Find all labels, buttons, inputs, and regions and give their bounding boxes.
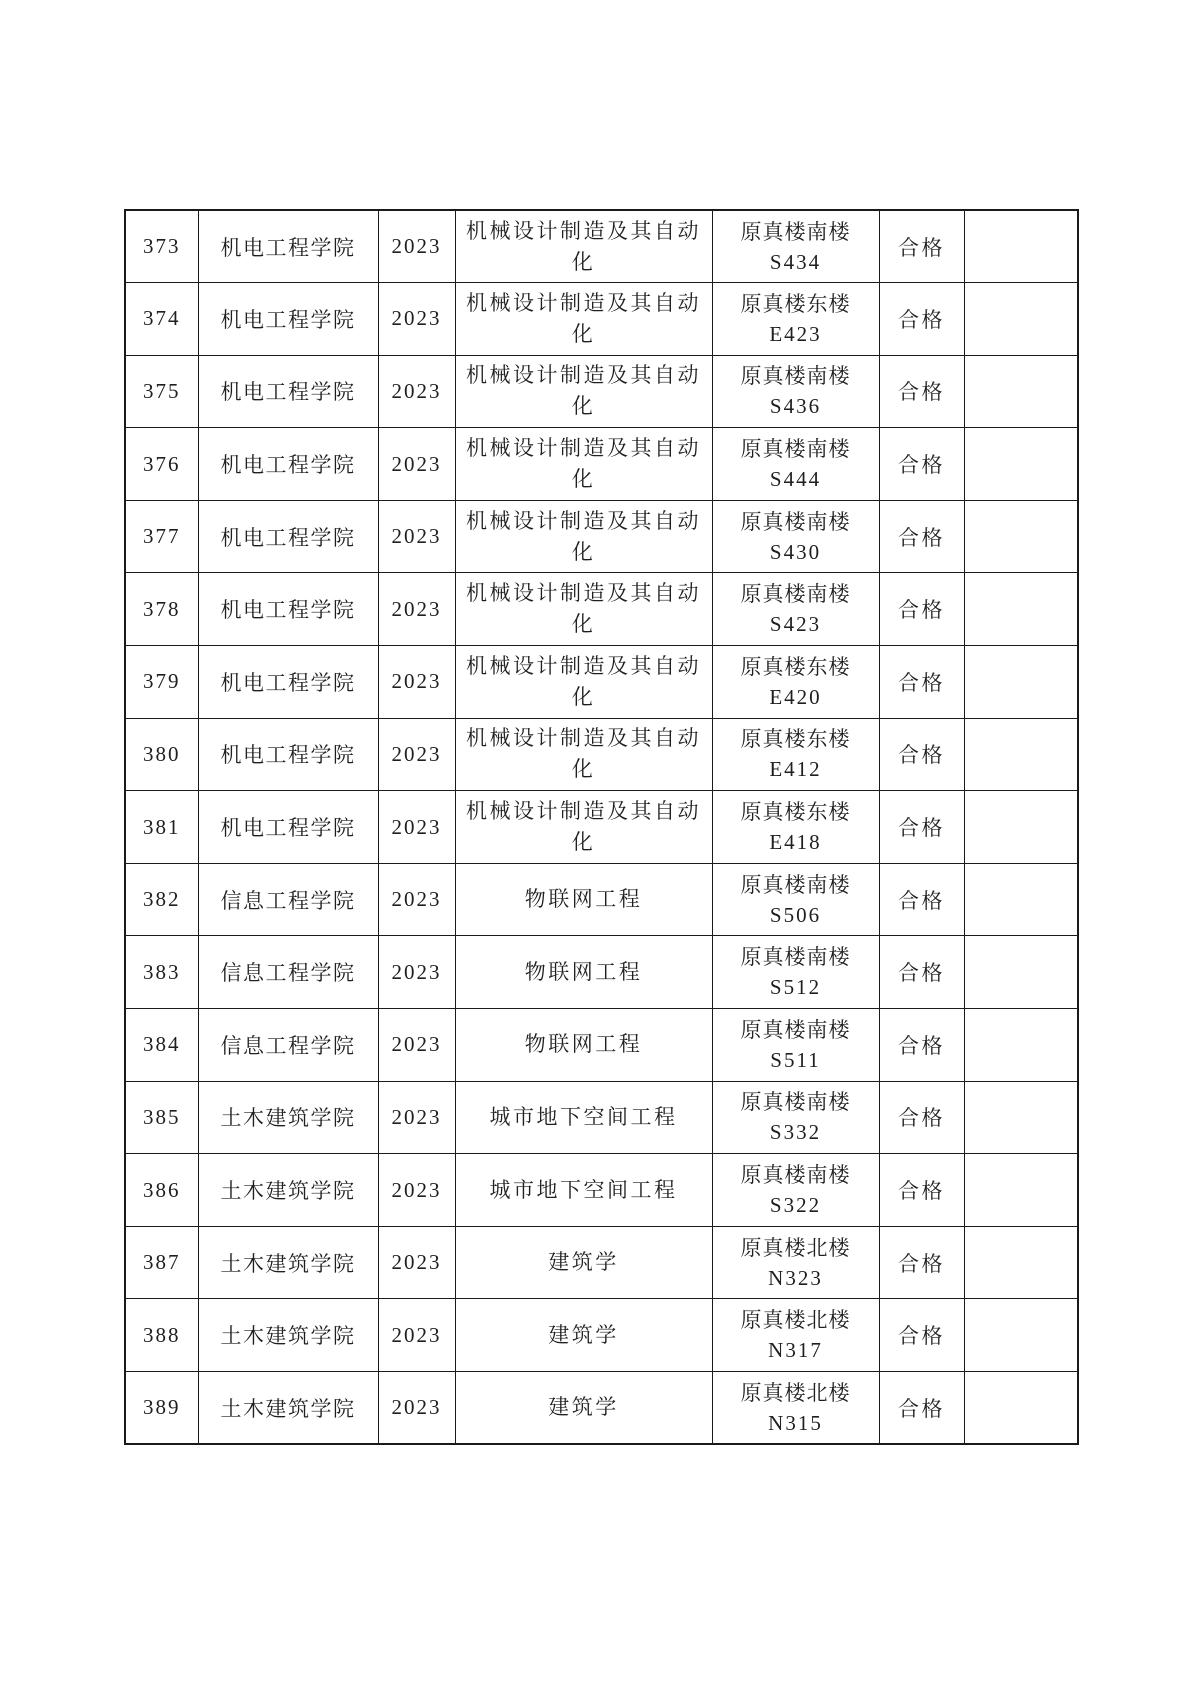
cell-result: 合格 xyxy=(879,210,964,283)
location-room: S436 xyxy=(713,391,879,421)
cell-college: 机电工程学院 xyxy=(198,355,378,428)
cell-year: 2023 xyxy=(378,500,455,573)
table-row: 382 信息工程学院 2023 物联网工程 原真楼南楼 S506 合格 xyxy=(125,863,1078,936)
cell-location: 原真楼南楼 S444 xyxy=(712,428,879,501)
location-room: S332 xyxy=(713,1117,879,1147)
cell-note xyxy=(964,1154,1078,1227)
location-room: S423 xyxy=(713,609,879,639)
location-building: 原真楼东楼 xyxy=(713,652,879,682)
cell-year: 2023 xyxy=(378,1372,455,1445)
cell-major: 物联网工程 xyxy=(455,1009,712,1082)
cell-note xyxy=(964,500,1078,573)
cell-result: 合格 xyxy=(879,1154,964,1227)
cell-college: 信息工程学院 xyxy=(198,936,378,1009)
cell-major: 建筑学 xyxy=(455,1226,712,1299)
cell-year: 2023 xyxy=(378,646,455,719)
table-row: 381 机电工程学院 2023 机械设计制造及其自动化 原真楼东楼 E418 合… xyxy=(125,791,1078,864)
location-building: 原真楼南楼 xyxy=(713,1087,879,1117)
cell-note xyxy=(964,1226,1078,1299)
cell-location: 原真楼南楼 S434 xyxy=(712,210,879,283)
location-room: E420 xyxy=(713,682,879,712)
cell-result: 合格 xyxy=(879,791,964,864)
cell-year: 2023 xyxy=(378,355,455,428)
table-row: 384 信息工程学院 2023 物联网工程 原真楼南楼 S511 合格 xyxy=(125,1009,1078,1082)
cell-major: 城市地下空间工程 xyxy=(455,1081,712,1154)
cell-note xyxy=(964,646,1078,719)
location-room: N323 xyxy=(713,1263,879,1293)
cell-location: 原真楼东楼 E423 xyxy=(712,283,879,356)
table-body: 373 机电工程学院 2023 机械设计制造及其自动化 原真楼南楼 S434 合… xyxy=(125,210,1078,1444)
location-building: 原真楼南楼 xyxy=(713,217,879,247)
location-room: N315 xyxy=(713,1408,879,1438)
cell-year: 2023 xyxy=(378,210,455,283)
cell-major: 机械设计制造及其自动化 xyxy=(455,718,712,791)
cell-note xyxy=(964,1009,1078,1082)
cell-note xyxy=(964,863,1078,936)
cell-location: 原真楼南楼 S506 xyxy=(712,863,879,936)
cell-year: 2023 xyxy=(378,283,455,356)
location-room: S444 xyxy=(713,464,879,494)
cell-location: 原真楼南楼 S430 xyxy=(712,500,879,573)
location-building: 原真楼南楼 xyxy=(713,1160,879,1190)
cell-result: 合格 xyxy=(879,1081,964,1154)
cell-location: 原真楼东楼 E412 xyxy=(712,718,879,791)
cell-major: 机械设计制造及其自动化 xyxy=(455,791,712,864)
cell-result: 合格 xyxy=(879,428,964,501)
table-row: 383 信息工程学院 2023 物联网工程 原真楼南楼 S512 合格 xyxy=(125,936,1078,1009)
cell-serial-number: 378 xyxy=(125,573,198,646)
cell-serial-number: 384 xyxy=(125,1009,198,1082)
cell-result: 合格 xyxy=(879,1299,964,1372)
cell-location: 原真楼南楼 S511 xyxy=(712,1009,879,1082)
cell-note xyxy=(964,355,1078,428)
cell-note xyxy=(964,1081,1078,1154)
cell-serial-number: 377 xyxy=(125,500,198,573)
cell-college: 信息工程学院 xyxy=(198,1009,378,1082)
location-building: 原真楼南楼 xyxy=(713,1015,879,1045)
location-room: S322 xyxy=(713,1190,879,1220)
table-row: 386 土木建筑学院 2023 城市地下空间工程 原真楼南楼 S322 合格 xyxy=(125,1154,1078,1227)
cell-college: 信息工程学院 xyxy=(198,863,378,936)
cell-serial-number: 376 xyxy=(125,428,198,501)
location-building: 原真楼南楼 xyxy=(713,942,879,972)
cell-college: 机电工程学院 xyxy=(198,646,378,719)
cell-serial-number: 374 xyxy=(125,283,198,356)
cell-result: 合格 xyxy=(879,936,964,1009)
cell-year: 2023 xyxy=(378,573,455,646)
cell-result: 合格 xyxy=(879,1226,964,1299)
location-building: 原真楼南楼 xyxy=(713,434,879,464)
cell-serial-number: 380 xyxy=(125,718,198,791)
cell-major: 城市地下空间工程 xyxy=(455,1154,712,1227)
cell-note xyxy=(964,718,1078,791)
table-row: 374 机电工程学院 2023 机械设计制造及其自动化 原真楼东楼 E423 合… xyxy=(125,283,1078,356)
cell-year: 2023 xyxy=(378,428,455,501)
cell-location: 原真楼南楼 S322 xyxy=(712,1154,879,1227)
location-building: 原真楼东楼 xyxy=(713,289,879,319)
cell-location: 原真楼北楼 N315 xyxy=(712,1372,879,1445)
cell-major: 机械设计制造及其自动化 xyxy=(455,210,712,283)
table-row: 389 土木建筑学院 2023 建筑学 原真楼北楼 N315 合格 xyxy=(125,1372,1078,1445)
cell-year: 2023 xyxy=(378,1299,455,1372)
cell-result: 合格 xyxy=(879,1009,964,1082)
cell-note xyxy=(964,210,1078,283)
location-building: 原真楼南楼 xyxy=(713,361,879,391)
cell-year: 2023 xyxy=(378,1226,455,1299)
cell-major: 机械设计制造及其自动化 xyxy=(455,500,712,573)
cell-result: 合格 xyxy=(879,1372,964,1445)
cell-year: 2023 xyxy=(378,1154,455,1227)
cell-serial-number: 388 xyxy=(125,1299,198,1372)
cell-year: 2023 xyxy=(378,791,455,864)
table-row: 380 机电工程学院 2023 机械设计制造及其自动化 原真楼东楼 E412 合… xyxy=(125,718,1078,791)
table-row: 388 土木建筑学院 2023 建筑学 原真楼北楼 N317 合格 xyxy=(125,1299,1078,1372)
location-building: 原真楼南楼 xyxy=(713,870,879,900)
cell-major: 建筑学 xyxy=(455,1372,712,1445)
cell-college: 机电工程学院 xyxy=(198,210,378,283)
document-page: 373 机电工程学院 2023 机械设计制造及其自动化 原真楼南楼 S434 合… xyxy=(0,0,1191,1684)
table-row: 379 机电工程学院 2023 机械设计制造及其自动化 原真楼东楼 E420 合… xyxy=(125,646,1078,719)
cell-college: 机电工程学院 xyxy=(198,718,378,791)
location-room: S434 xyxy=(713,247,879,277)
cell-major: 物联网工程 xyxy=(455,863,712,936)
cell-major: 机械设计制造及其自动化 xyxy=(455,646,712,719)
cell-result: 合格 xyxy=(879,718,964,791)
cell-serial-number: 386 xyxy=(125,1154,198,1227)
table-row: 373 机电工程学院 2023 机械设计制造及其自动化 原真楼南楼 S434 合… xyxy=(125,210,1078,283)
table-row: 376 机电工程学院 2023 机械设计制造及其自动化 原真楼南楼 S444 合… xyxy=(125,428,1078,501)
cell-result: 合格 xyxy=(879,863,964,936)
table-row: 378 机电工程学院 2023 机械设计制造及其自动化 原真楼南楼 S423 合… xyxy=(125,573,1078,646)
cell-serial-number: 381 xyxy=(125,791,198,864)
cell-year: 2023 xyxy=(378,863,455,936)
cell-note xyxy=(964,283,1078,356)
cell-result: 合格 xyxy=(879,646,964,719)
cell-serial-number: 379 xyxy=(125,646,198,719)
cell-major: 机械设计制造及其自动化 xyxy=(455,355,712,428)
cell-note xyxy=(964,573,1078,646)
location-room: S511 xyxy=(713,1045,879,1075)
cell-serial-number: 382 xyxy=(125,863,198,936)
cell-college: 土木建筑学院 xyxy=(198,1081,378,1154)
cell-major: 机械设计制造及其自动化 xyxy=(455,428,712,501)
cell-note xyxy=(964,1372,1078,1445)
table-row: 377 机电工程学院 2023 机械设计制造及其自动化 原真楼南楼 S430 合… xyxy=(125,500,1078,573)
cell-result: 合格 xyxy=(879,355,964,428)
location-room: E412 xyxy=(713,754,879,784)
cell-location: 原真楼东楼 E418 xyxy=(712,791,879,864)
location-room: S512 xyxy=(713,972,879,1002)
cell-serial-number: 385 xyxy=(125,1081,198,1154)
cell-college: 机电工程学院 xyxy=(198,791,378,864)
cell-location: 原真楼南楼 S423 xyxy=(712,573,879,646)
cell-college: 机电工程学院 xyxy=(198,283,378,356)
location-building: 原真楼南楼 xyxy=(713,579,879,609)
cell-serial-number: 373 xyxy=(125,210,198,283)
cell-major: 建筑学 xyxy=(455,1299,712,1372)
cell-location: 原真楼东楼 E420 xyxy=(712,646,879,719)
location-building: 原真楼南楼 xyxy=(713,507,879,537)
cell-result: 合格 xyxy=(879,500,964,573)
cell-year: 2023 xyxy=(378,718,455,791)
cell-note xyxy=(964,791,1078,864)
cell-location: 原真楼北楼 N323 xyxy=(712,1226,879,1299)
cell-serial-number: 389 xyxy=(125,1372,198,1445)
location-building: 原真楼北楼 xyxy=(713,1305,879,1335)
cell-college: 土木建筑学院 xyxy=(198,1372,378,1445)
cell-location: 原真楼南楼 S436 xyxy=(712,355,879,428)
location-building: 原真楼北楼 xyxy=(713,1378,879,1408)
table-row: 375 机电工程学院 2023 机械设计制造及其自动化 原真楼南楼 S436 合… xyxy=(125,355,1078,428)
cell-college: 机电工程学院 xyxy=(198,500,378,573)
cell-college: 土木建筑学院 xyxy=(198,1226,378,1299)
location-building: 原真楼北楼 xyxy=(713,1233,879,1263)
cell-result: 合格 xyxy=(879,283,964,356)
cell-serial-number: 387 xyxy=(125,1226,198,1299)
cell-year: 2023 xyxy=(378,1009,455,1082)
cell-major: 机械设计制造及其自动化 xyxy=(455,283,712,356)
cell-location: 原真楼南楼 S332 xyxy=(712,1081,879,1154)
cell-location: 原真楼北楼 N317 xyxy=(712,1299,879,1372)
cell-note xyxy=(964,428,1078,501)
location-room: E423 xyxy=(713,319,879,349)
cell-location: 原真楼南楼 S512 xyxy=(712,936,879,1009)
cell-year: 2023 xyxy=(378,936,455,1009)
cell-note xyxy=(964,1299,1078,1372)
cell-major: 机械设计制造及其自动化 xyxy=(455,573,712,646)
cell-major: 物联网工程 xyxy=(455,936,712,1009)
cell-year: 2023 xyxy=(378,1081,455,1154)
table-row: 387 土木建筑学院 2023 建筑学 原真楼北楼 N323 合格 xyxy=(125,1226,1078,1299)
location-building: 原真楼东楼 xyxy=(713,724,879,754)
location-room: S430 xyxy=(713,537,879,567)
cell-serial-number: 375 xyxy=(125,355,198,428)
location-room: E418 xyxy=(713,827,879,857)
cell-college: 土木建筑学院 xyxy=(198,1299,378,1372)
inspection-results-table: 373 机电工程学院 2023 机械设计制造及其自动化 原真楼南楼 S434 合… xyxy=(124,209,1079,1445)
cell-note xyxy=(964,936,1078,1009)
table-row: 385 土木建筑学院 2023 城市地下空间工程 原真楼南楼 S332 合格 xyxy=(125,1081,1078,1154)
location-room: N317 xyxy=(713,1335,879,1365)
cell-college: 机电工程学院 xyxy=(198,428,378,501)
cell-college: 机电工程学院 xyxy=(198,573,378,646)
cell-result: 合格 xyxy=(879,573,964,646)
location-room: S506 xyxy=(713,900,879,930)
location-building: 原真楼东楼 xyxy=(713,797,879,827)
cell-college: 土木建筑学院 xyxy=(198,1154,378,1227)
cell-serial-number: 383 xyxy=(125,936,198,1009)
